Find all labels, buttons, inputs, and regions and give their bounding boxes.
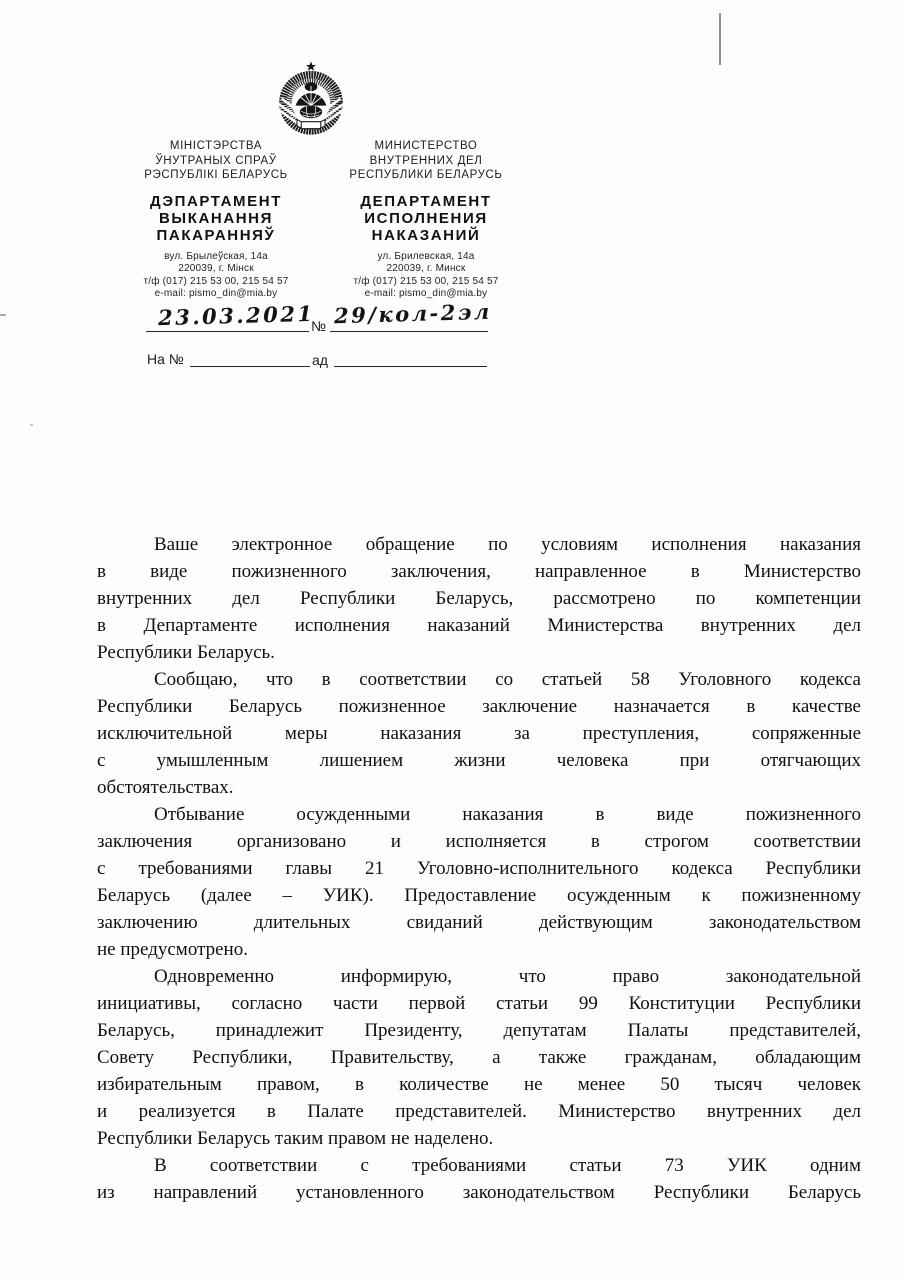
body-line: В соответствии с требованиями статьи 73 … xyxy=(97,1152,861,1179)
body-line: с требованиями главы 21 Уголовно-исполни… xyxy=(97,855,861,882)
address-line: 220039, г. Минск xyxy=(318,263,534,276)
ministry-line: РЭСПУБЛІКІ БЕЛАРУСЬ xyxy=(108,168,324,183)
ministry-line: МИНИСТЕРСТВО xyxy=(318,139,534,154)
address-line: e-mail: pismo_din@mia.by xyxy=(108,288,324,301)
body-line: Беларусь (далее – УИК). Предоставление о… xyxy=(97,882,861,909)
coat-of-arms-belarus-icon xyxy=(276,60,346,140)
address-line: вул. Брылеўская, 14а xyxy=(108,251,324,264)
body-line: Республики Беларусь пожизненное заключен… xyxy=(97,693,861,720)
scanned-letter-page: МІНІСТЭРСТВА ЎНУТРАНЫХ СПРАЎ РЭСПУБЛІКІ … xyxy=(0,0,904,1280)
body-line: Отбывание осужденными наказания в виде п… xyxy=(97,801,861,828)
ministry-line: ВНУТРЕННИХ ДЕЛ xyxy=(318,154,534,169)
body-line: обстоятельствах. xyxy=(97,774,861,801)
department-line: ПАКАРАННЯЎ xyxy=(108,227,324,244)
address-block-by: вул. Брылеўская, 14а 220039, г. Мінск т/… xyxy=(108,251,324,301)
ministry-line: МІНІСТЭРСТВА xyxy=(108,139,324,154)
body-line: не предусмотрено. xyxy=(97,936,861,963)
scan-artifact-line xyxy=(719,13,721,65)
body-line: Беларусь, принадлежит Президенту, депута… xyxy=(97,1017,861,1044)
letterhead-right-column: МИНИСТЕРСТВО ВНУТРЕННИХ ДЕЛ РЕСПУБЛИКИ Б… xyxy=(318,139,534,301)
body-line: исключительной меры наказания за преступ… xyxy=(97,720,861,747)
ministry-name-ru: МИНИСТЕРСТВО ВНУТРЕННИХ ДЕЛ РЕСПУБЛИКИ Б… xyxy=(318,139,534,183)
body-line: Республики Беларусь. xyxy=(97,639,861,666)
body-line: из направлений установленного законодате… xyxy=(97,1179,861,1206)
ministry-name-by: МІНІСТЭРСТВА ЎНУТРАНЫХ СПРАЎ РЭСПУБЛІКІ … xyxy=(108,139,324,183)
date-underline xyxy=(146,331,309,332)
reply-date-underline xyxy=(334,366,487,367)
reply-number-label: На № xyxy=(147,351,184,367)
department-line: ДЕПАРТАМЕНТ xyxy=(318,193,534,210)
address-line: ул. Брилевская, 14а xyxy=(318,251,534,264)
address-line: т/ф (017) 215 53 00, 215 54 57 xyxy=(318,276,534,289)
body-line: в Департаменте исполнения наказаний Мини… xyxy=(97,612,861,639)
letter-body: Ваше электронное обращение по условиям и… xyxy=(97,531,861,1206)
body-line: Одновременно информирую, что право закон… xyxy=(97,963,861,990)
body-line: Ваше электронное обращение по условиям и… xyxy=(97,531,861,558)
ministry-line: ЎНУТРАНЫХ СПРАЎ xyxy=(108,154,324,169)
ministry-line: РЕСПУБЛИКИ БЕЛАРУСЬ xyxy=(318,168,534,183)
department-line: ИСПОЛНЕНИЯ xyxy=(318,210,534,227)
body-line: избирательным правом, в количестве не ме… xyxy=(97,1071,861,1098)
body-line: заключения организовано и исполняется в … xyxy=(97,828,861,855)
body-line: и реализуется в Палате представителей. М… xyxy=(97,1098,861,1125)
letterhead-left-column: МІНІСТЭРСТВА ЎНУТРАНЫХ СПРАЎ РЭСПУБЛІКІ … xyxy=(108,139,324,301)
body-line: инициативы, согласно части первой статьи… xyxy=(97,990,861,1017)
handwritten-outgoing-number: 29/кол-2эл xyxy=(334,299,492,328)
number-underline xyxy=(330,331,488,332)
address-block-ru: ул. Брилевская, 14а 220039, г. Минск т/ф… xyxy=(318,251,534,301)
body-line: Сообщаю, что в соответствии со статьей 5… xyxy=(97,666,861,693)
body-line: Совету Республики, Правительству, а такж… xyxy=(97,1044,861,1071)
scan-artifact-speck xyxy=(0,314,6,316)
address-line: 220039, г. Мінск xyxy=(108,263,324,276)
reply-number-underline xyxy=(190,366,310,367)
department-line: НАКАЗАНИЙ xyxy=(318,227,534,244)
number-label: № xyxy=(311,318,326,334)
department-name-ru: ДЕПАРТАМЕНТ ИСПОЛНЕНИЯ НАКАЗАНИЙ xyxy=(318,193,534,244)
handwritten-date: 23.03.2021 xyxy=(158,301,315,330)
address-line: e-mail: pismo_din@mia.by xyxy=(318,288,534,301)
reply-date-label: ад xyxy=(312,352,328,368)
body-line: с умышленным лишением жизни человека при… xyxy=(97,747,861,774)
address-line: т/ф (017) 215 53 00, 215 54 57 xyxy=(108,276,324,289)
body-line: внутренних дел Республики Беларусь, расс… xyxy=(97,585,861,612)
scan-artifact-speck xyxy=(30,424,33,426)
department-line: ВЫКАНАННЯ xyxy=(108,210,324,227)
body-line: Республики Беларусь таким правом не наде… xyxy=(97,1125,861,1152)
department-name-by: ДЭПАРТАМЕНТ ВЫКАНАННЯ ПАКАРАННЯЎ xyxy=(108,193,324,244)
body-line: в виде пожизненного заключения, направле… xyxy=(97,558,861,585)
department-line: ДЭПАРТАМЕНТ xyxy=(108,193,324,210)
body-line: заключению длительных свиданий действующ… xyxy=(97,909,861,936)
